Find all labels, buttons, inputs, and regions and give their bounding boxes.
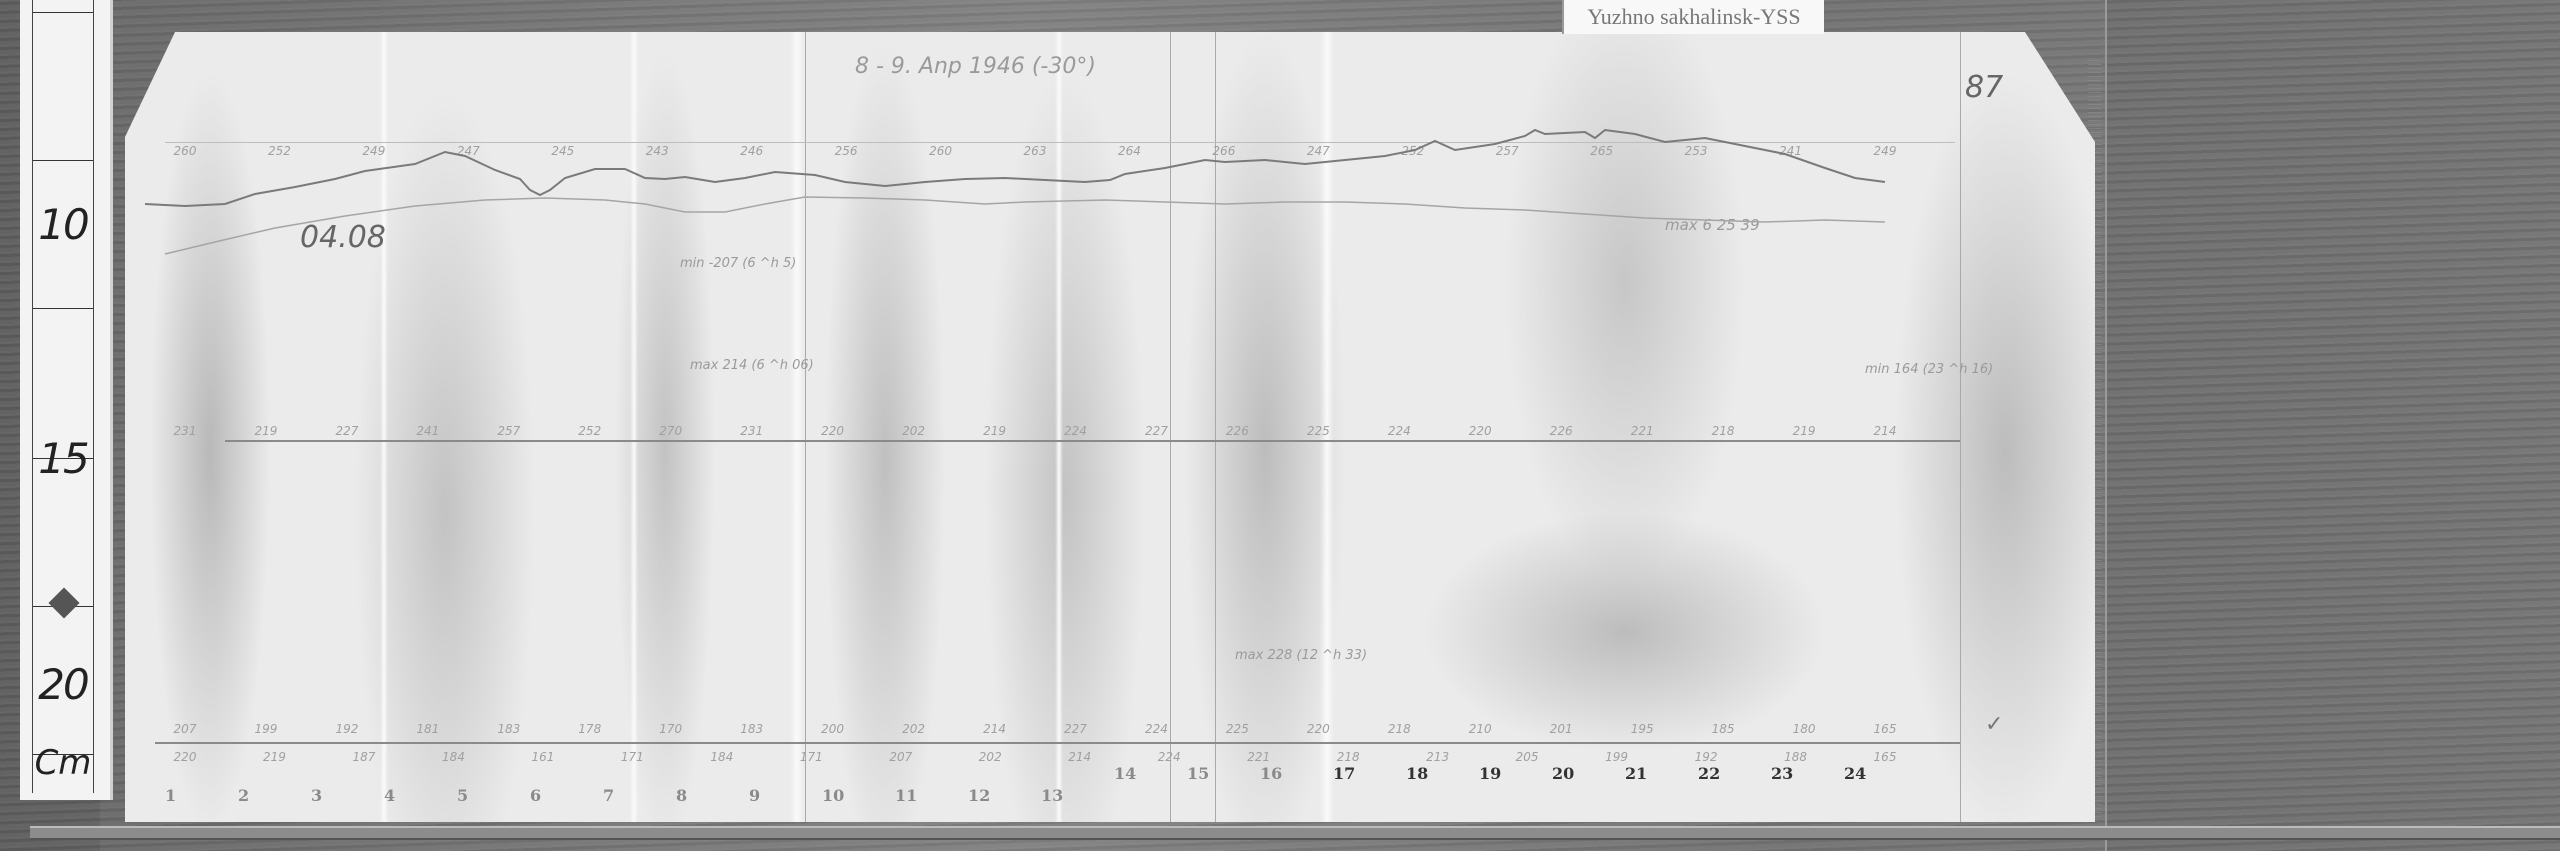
ruler-frame: 10 15 20 Cm: [32, 0, 94, 793]
lower-trace: [165, 197, 1885, 254]
upper-trace: [145, 130, 1885, 206]
ruler-cell: [33, 160, 93, 309]
plate-bottom-edge: [30, 826, 2560, 840]
ruler-cell: [33, 12, 93, 161]
recorded-traces: [125, 32, 2095, 822]
ruler-unit-label: Cm: [33, 743, 93, 783]
station-label: Yuzhno sakhalinsk-YSS: [1562, 0, 1824, 34]
record-sheet: 8 - 9. Anp 1946 (-30°) 87 04.08 min -207…: [125, 32, 2095, 822]
ruler-cell: [33, 606, 93, 755]
ruler-cell: [33, 458, 93, 607]
